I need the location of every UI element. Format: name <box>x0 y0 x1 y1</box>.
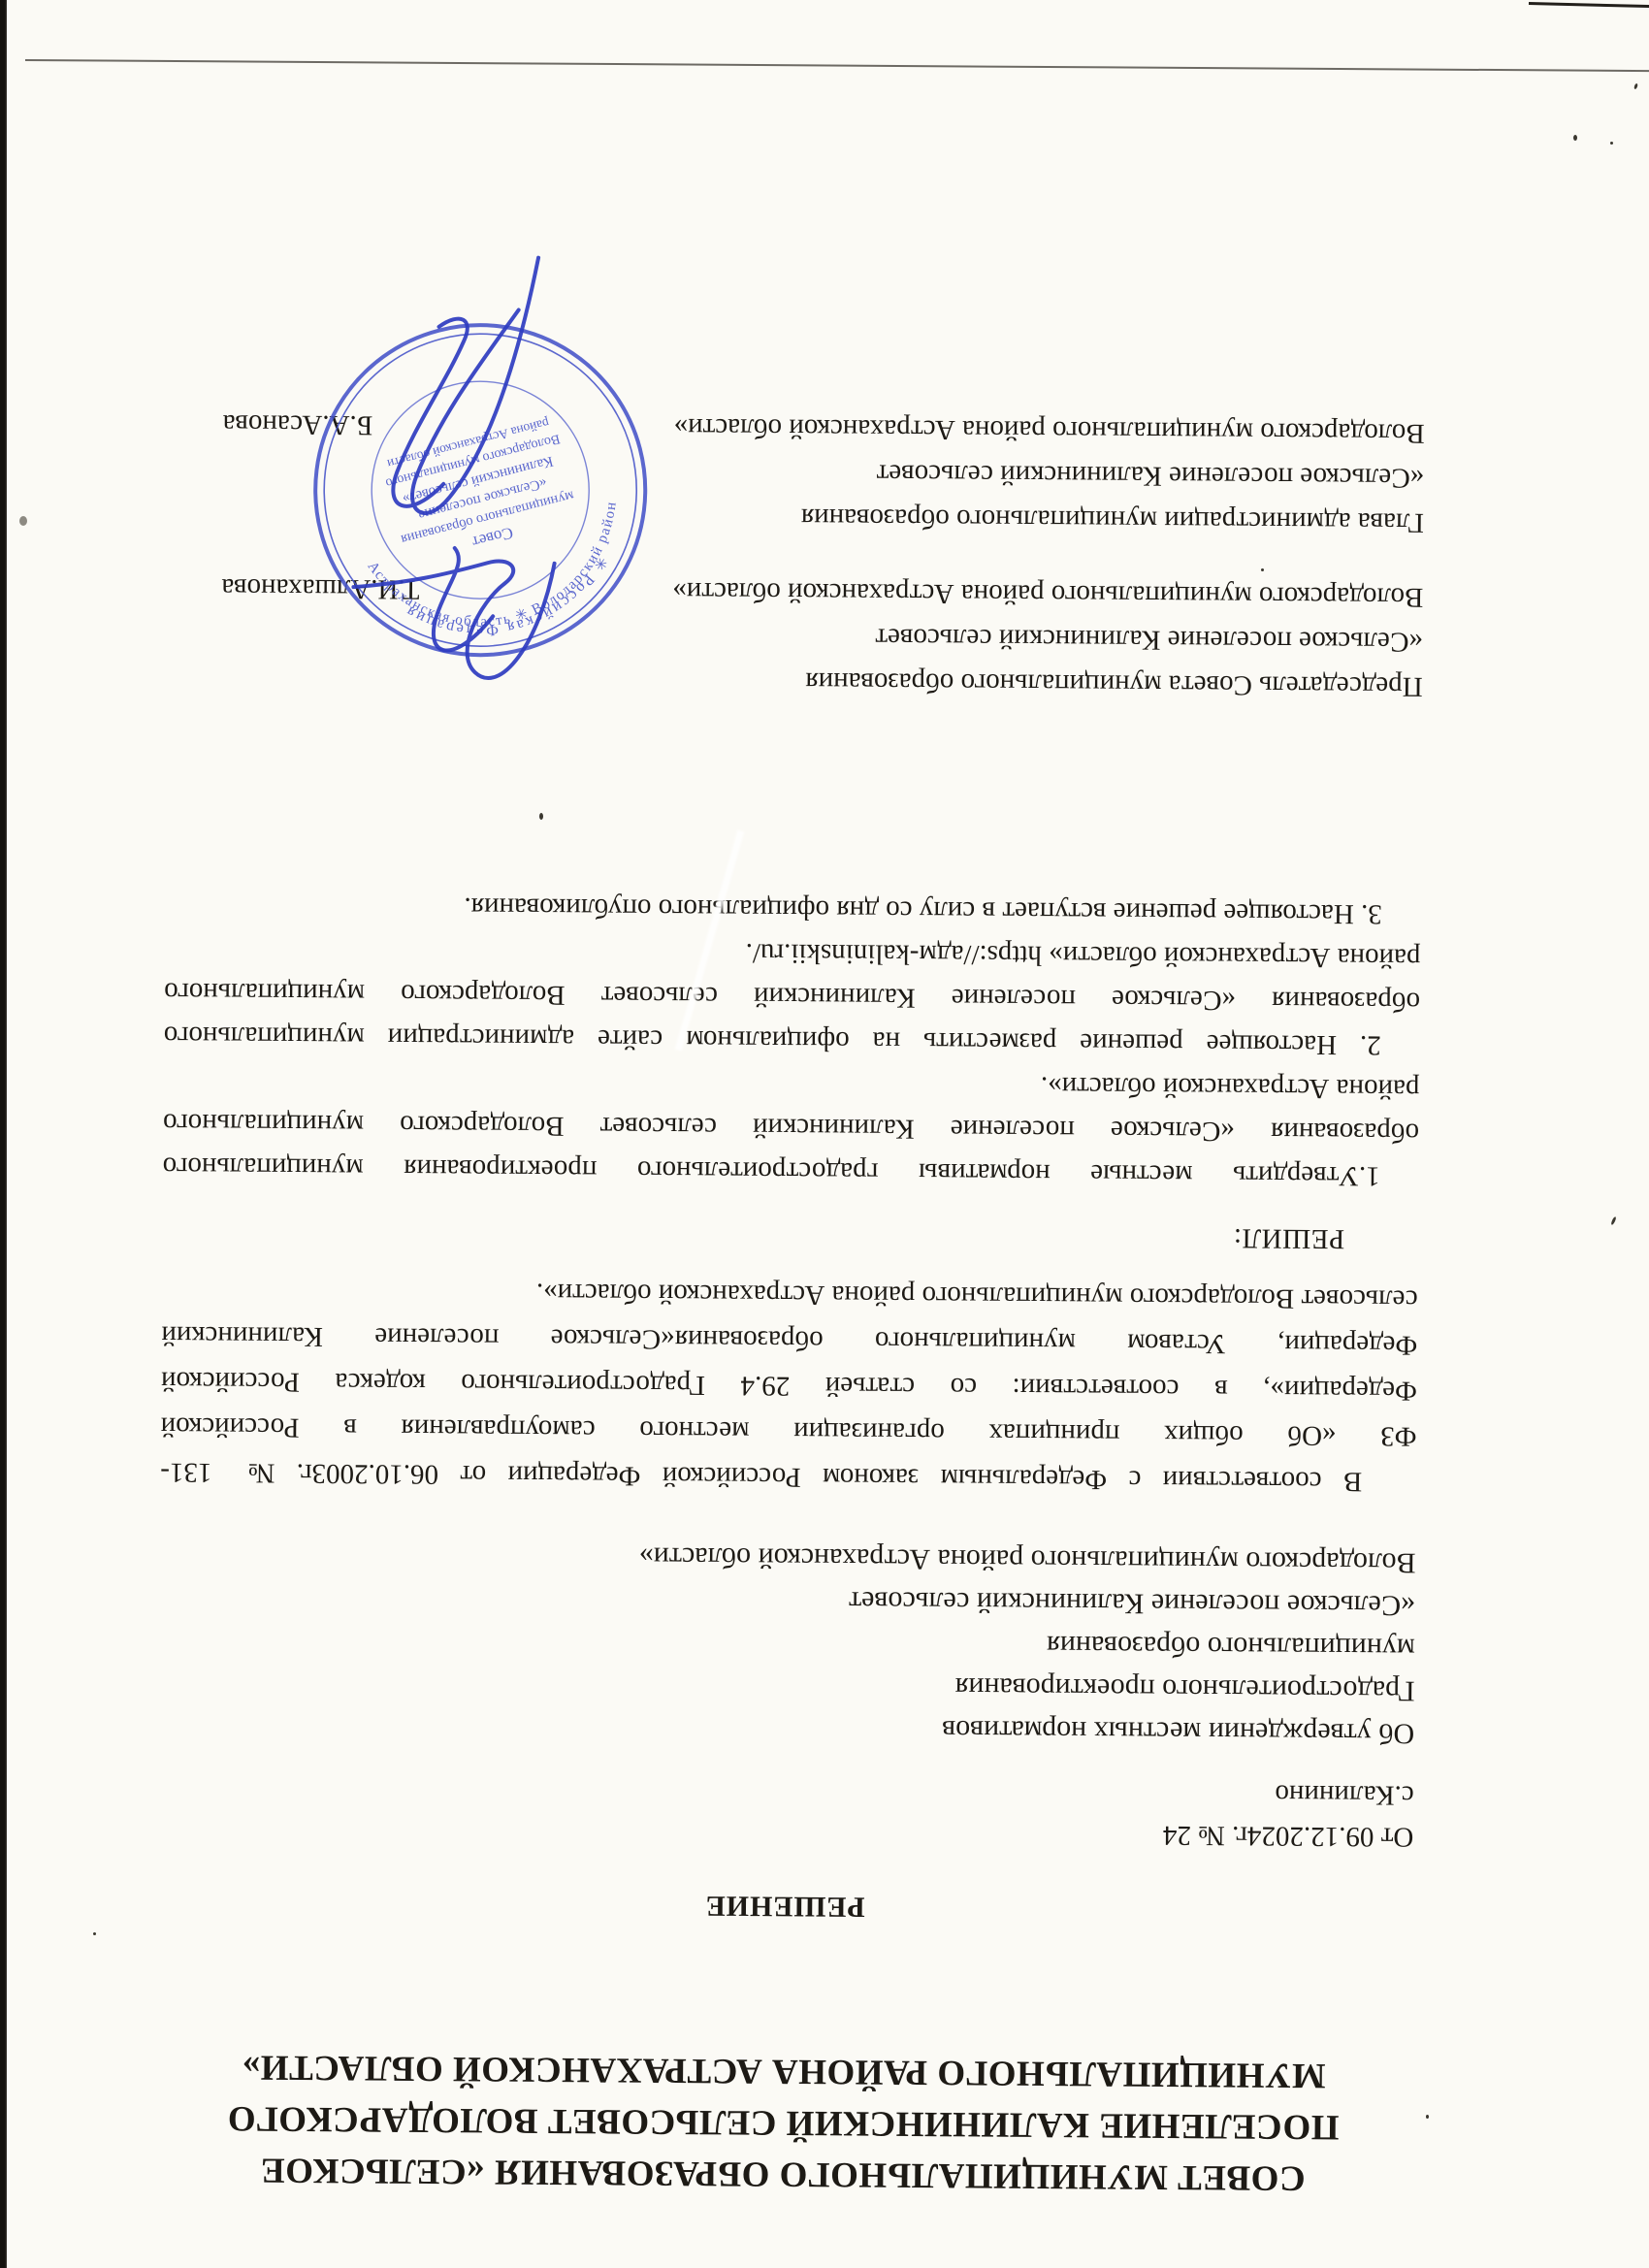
date-and-number: От 09.12.2024г. № 24 <box>157 1811 1413 1853</box>
document-header: СОВЕТ МУНИЦИПАЛЬНОГО ОБРАЗОВАНИЯ «СЕЛЬСК… <box>154 2041 1411 2205</box>
scan-speck <box>93 1932 96 1935</box>
resolution-item-2: 2. Настоящее решение разместить на офици… <box>164 926 1421 1067</box>
scan-speck <box>19 516 27 526</box>
scan-edge-strip <box>0 0 7 2268</box>
resolved-label: РЕШИЛ: <box>162 1214 1418 1255</box>
scan-speck <box>1261 568 1264 571</box>
preamble-paragraph: В соответствии с Федеральным законом Рос… <box>160 1267 1418 1505</box>
document-type-title: РЕШЕНИЕ <box>157 1885 1413 1928</box>
scan-speck <box>1426 2115 1429 2119</box>
scan-speck <box>1610 142 1613 145</box>
header-line: МУНИЦИПАЛЬНОГО РАЙОНА АСТРАХАНСКОЙ ОБЛАС… <box>155 2041 1411 2102</box>
signatory-head-of-administration: Глава администрации муниципального образ… <box>168 402 1425 545</box>
signatory-name: Т.И.Алшаханова <box>221 566 419 612</box>
scan-speck <box>539 813 543 820</box>
subject-block: Об утверждении местных нормативов Градос… <box>158 1532 1416 1755</box>
place-line: с.Калинино <box>158 1769 1414 1811</box>
signatory-name: Б.А.Асанова <box>223 402 373 447</box>
scanned-page: СОВЕТ МУНИЦИПАЛЬНОГО ОБРАЗОВАНИЯ «СЕЛЬСК… <box>0 0 1649 2268</box>
document-rotated-180: СОВЕТ МУНИЦИПАЛЬНОГО ОБРАЗОВАНИЯ «СЕЛЬСК… <box>0 0 1649 2268</box>
header-line: СОВЕТ МУНИЦИПАЛЬНОГО ОБРАЗОВАНИЯ «СЕЛЬСК… <box>154 2144 1410 2205</box>
resolution-item-1: 1.Утвердить местные нормативы градострои… <box>163 1057 1420 1198</box>
header-line: ПОСЕЛЕНИЕ КАЛИНИНСКИЙ СЕЛЬСОВЕТ ВОЛОДАРС… <box>155 2092 1411 2154</box>
scan-speck <box>1573 135 1577 141</box>
signatory-chairman: Председатель Совета муниципального образ… <box>167 566 1424 709</box>
